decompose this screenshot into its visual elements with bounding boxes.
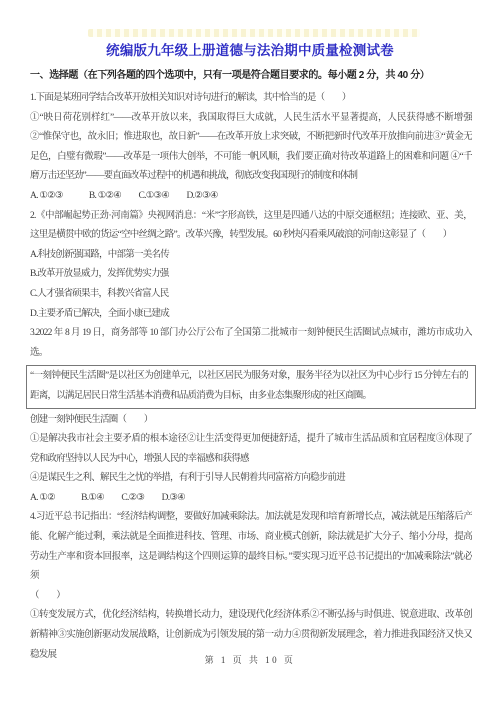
text-line: 创建一刻钟便民生活圈（ ）: [30, 411, 472, 431]
text-line: 足色，白璧有微瑕”——改革是一项伟大创举，不可能一帆风顺，我们要正确对待改革道路…: [30, 148, 472, 168]
text-line: （ ）: [30, 587, 472, 607]
options-row: A. ①② B.①④ C.②③ D.③④: [30, 489, 472, 509]
text-line: 新精神③实施创新驱动发展战略，让创新成为引领发展的第一动力④贯彻新发展理念，着力…: [30, 626, 472, 646]
text-line: ①转变发展方式，优化经济结构，转换增长动力，建设现代化经济体系②不断弘扬与时俱进…: [30, 606, 472, 626]
info-box: “一刻钟便民生活圈”是以社区为创建单元，以社区居民为服务对象，服务半径为以社区为…: [26, 365, 476, 408]
text-line: ④是谋民生之利、解民生之忧的举措，有利于引导人民朝着共同富裕方向稳步前进: [30, 469, 472, 489]
options-row: A. ①②③ B. ①②④ C.①③④ D.②③④: [30, 187, 472, 207]
box-text-line: “一刻钟便民生活圈”是以社区为创建单元，以社区居民为服务对象，服务半径为以社区为…: [30, 367, 468, 387]
options-row: C.人才强省硕果丰，科教兴省富人民: [30, 285, 472, 305]
text-line: 党和政府坚持以人民为中心，增强人民的幸福感和获得感: [30, 450, 472, 470]
watermark: [88, 29, 420, 37]
text-line: ①“映日荷花别样红”——改革开放以来，我国取得巨大成就，人民生活水平显著提高，人…: [30, 109, 472, 129]
text-line: 这里是横贯中欧的货运“空中丝绸之路”。改革兴豫，转型发展。60 秒快闪看乘风破浪…: [30, 226, 472, 246]
text-line: 劳动生产率和资本回报率，这是调结构这个四则运算的最终目标。”要实现习近平总书记提…: [30, 548, 472, 568]
page-number-footer: 第 1 页 共 10 页: [0, 653, 500, 666]
text-line: ①是解决我市社会主要矛盾的根本途径②让生活变得更加便捷舒适，提升了城市生活品质和…: [30, 430, 472, 450]
question-stem-line: 3.2022 年 8 月 19 日，商务部等 10 部门办公厅公布了全国第二批城…: [30, 324, 472, 344]
exam-document-page: 统编版九年级上册道德与法治期中质量检测试卷 一、选择题（在下列各题的四个选项中，…: [0, 0, 500, 707]
text-line: 能、化解产能过剩，乘法就是全面推进科技、管理、市场、商业模式创新，除法就是扩大分…: [30, 528, 472, 548]
section-heading: 一、选择题（在下列各题的四个选项中，只有一项是符合题目要求的。每小题 2 分，共…: [30, 70, 472, 82]
text-line: ②“惟保守也，故永旧；惟进取也，故日新”——在改革开放上求突破，不断把新时代改革…: [30, 128, 472, 148]
box-text-line: 距离，以满足居民日常生活基本消费和品质消费为目标，由多业态集聚形成的社区商圈。: [30, 387, 468, 407]
question-stem-line: 2.《中部崛起势正劲·河南篇》央视网消息：“米”字形高铁，这里是四通八达的中原交…: [30, 207, 472, 227]
options-row: B.改革开放显威力，发挥优势实力强: [30, 265, 472, 285]
page-title: 统编版九年级上册道德与法治期中质量检测试卷: [10, 44, 490, 58]
text-line: 选。: [30, 344, 472, 364]
options-row: A.科技创新强国路，中部第一美名传: [30, 246, 472, 266]
content: 1.下面是某班同学结合改革开放相关知识对诗句进行的解读，其中恰当的是（ ）①“映…: [30, 89, 472, 665]
question-stem-line: 4.习近平总书记指出：“经济结构调整，要做好加减乘除法。加法就是发现和培育新增长…: [30, 508, 472, 528]
text-line: 磨万击还坚劲”——要直面改革过程中的机遇和挑战，彻底改变我国现行的制度和体制: [30, 167, 472, 187]
question-stem-line: 1.下面是某班同学结合改革开放相关知识对诗句进行的解读，其中恰当的是（ ）: [30, 89, 472, 109]
text-line: 须: [30, 567, 472, 587]
options-row: D.主要矛盾已解决，全面小康已建成: [30, 305, 472, 325]
